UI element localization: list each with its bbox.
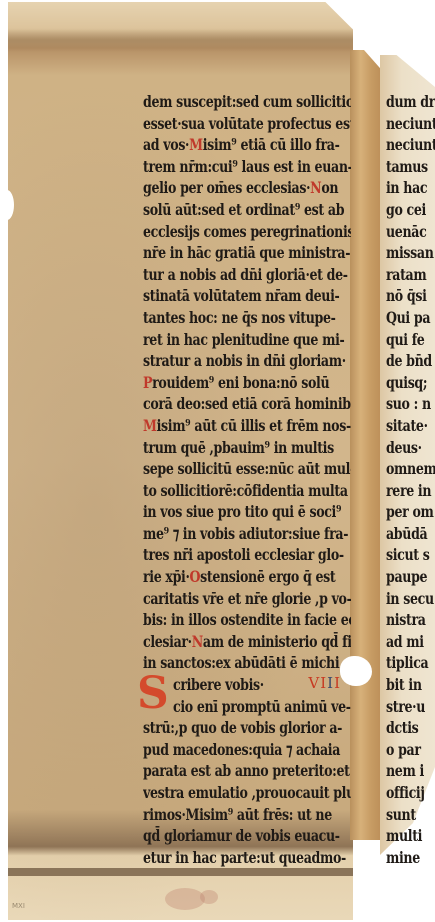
rubricated-capital: P bbox=[143, 373, 152, 392]
binding-gutter bbox=[350, 50, 385, 840]
rubricated-capital: N bbox=[192, 632, 203, 651]
rubricated-capital: N bbox=[310, 178, 321, 197]
text-line: etur in hac parte:ut queadmo- bbox=[143, 844, 351, 871]
left-text-column: dem suscepit:sed cum sollicitior esset·s… bbox=[143, 91, 351, 868]
water-stain bbox=[165, 888, 205, 910]
shelfmark-label: MXI bbox=[12, 902, 25, 910]
right-text-column-fragment: dum drneciuntneciunttamusin hacgo ceiuen… bbox=[386, 91, 435, 868]
rubricated-capital: M bbox=[143, 416, 157, 435]
rubricated-capital: O bbox=[190, 567, 201, 586]
chapter-number: VIII bbox=[308, 674, 341, 692]
text-line: mine bbox=[386, 844, 435, 868]
torn-edge-notch bbox=[0, 190, 14, 220]
rubricated-capital: M bbox=[189, 135, 203, 154]
water-stain bbox=[200, 890, 218, 904]
manuscript-leaf: MXI dem suscepit:sed cum sollicitior ess… bbox=[0, 0, 435, 922]
top-fold-crease bbox=[8, 28, 353, 52]
